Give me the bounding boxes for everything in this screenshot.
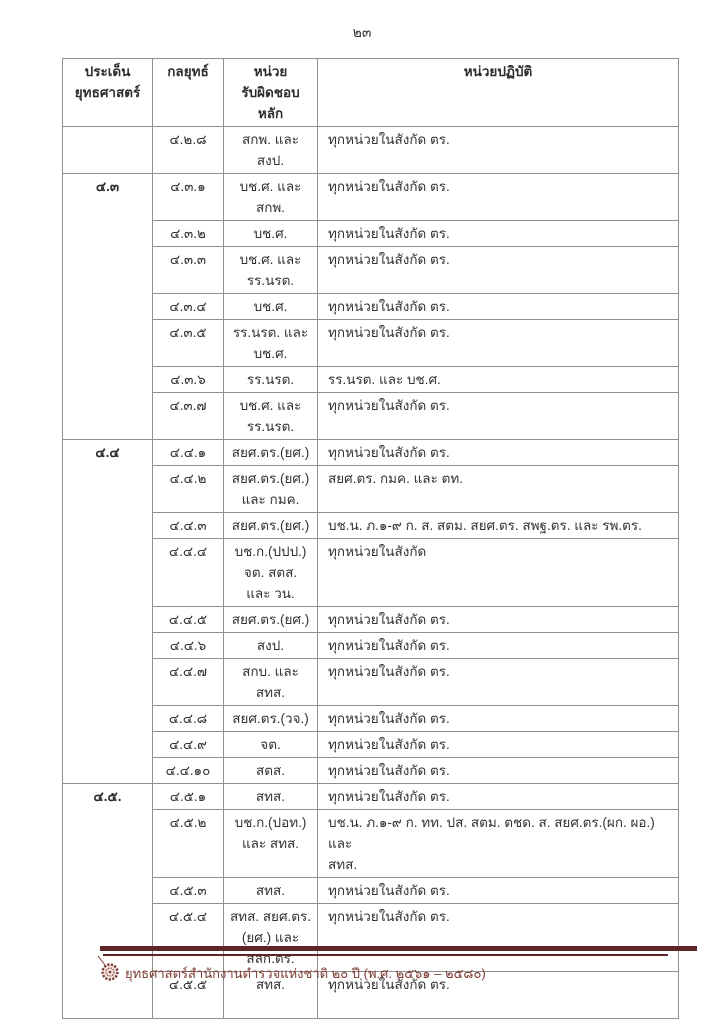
table-row: ๔.๓.๔บช.ศ.ทุกหน่วยในสังกัด ตร. [63, 294, 679, 320]
strategy-code-cell: ๔.๕.๒ [153, 810, 224, 878]
page-number: ๒๓ [0, 22, 724, 44]
footer-text: ยุทธศาสตร์สำนักงานตำรวจแห่งชาติ ๒๐ ปี (พ… [125, 963, 486, 984]
table-row: ๔.๔.๕สยศ.ตร.(ยศ.)ทุกหน่วยในสังกัด ตร. [63, 607, 679, 633]
strategy-code-cell: ๔.๔.๑๐ [153, 758, 224, 784]
strategy-code-cell: ๔.๓.๔ [153, 294, 224, 320]
table-header: ประเด็น ยุทธศาสตร์ กลยุทธ์ หน่วย รับผิดช… [63, 59, 679, 127]
table-row: ๔.๕.๔.๕.๑สทส.ทุกหน่วยในสังกัด ตร. [63, 784, 679, 810]
responsible-unit-cell: สทส. [224, 784, 318, 810]
strategy-code-cell: ๔.๔.๓ [153, 513, 224, 539]
operating-unit-cell: ทุกหน่วยในสังกัด ตร. [318, 294, 679, 320]
responsible-unit-cell: จต. [224, 732, 318, 758]
responsible-unit-cell: บช.ก.(ปปป.) จต. สตส. และ วน. [224, 539, 318, 607]
strategy-code-cell: ๔.๔.๖ [153, 633, 224, 659]
strategy-code-cell: ๔.๔.๙ [153, 732, 224, 758]
header-strategy: กลยุทธ์ [153, 59, 224, 127]
responsible-unit-cell: สทส. [224, 878, 318, 904]
operating-unit-cell: บช.น. ภ.๑-๙ ก. ส. สตม. สยศ.ตร. สพฐ.ตร. แ… [318, 513, 679, 539]
strategy-code-cell: ๔.๔.๕ [153, 607, 224, 633]
strategy-code-cell: ๔.๓.๒ [153, 221, 224, 247]
operating-unit-cell: ทุกหน่วยในสังกัด ตร. [318, 440, 679, 466]
footer-rule-thick [100, 946, 697, 951]
footer-rule-thin [103, 954, 668, 956]
operating-unit-cell: ทุกหน่วยในสังกัด ตร. [318, 320, 679, 367]
table-row: ๔.๓.๗บช.ศ. และ รร.นรต.ทุกหน่วยในสังกัด ต… [63, 393, 679, 440]
operating-unit-cell: บช.น. ภ.๑-๙ ก. ทท. ปส. สตม. ตชด. ส. สยศ.… [318, 810, 679, 878]
table-body: ๔.๒.๘สกพ. และ สงป.ทุกหน่วยในสังกัด ตร.๔.… [63, 127, 679, 1019]
operating-unit-cell: ทุกหน่วยในสังกัด ตร. [318, 732, 679, 758]
table-row: ๔.๒.๘สกพ. และ สงป.ทุกหน่วยในสังกัด ตร. [63, 127, 679, 174]
operating-unit-cell: ทุกหน่วยในสังกัด [318, 539, 679, 607]
responsible-unit-cell: สกพ. และ สงป. [224, 127, 318, 174]
header-operating-unit: หน่วยปฏิบัติ [318, 59, 679, 127]
section-label-cell: ๔.๔ [63, 440, 153, 784]
responsible-unit-cell: บช.ศ. และ รร.นรต. [224, 247, 318, 294]
table-row: ๔.๔.๗สกบ. และ สทส.ทุกหน่วยในสังกัด ตร. [63, 659, 679, 706]
table-row: ๔.๔.๙จต.ทุกหน่วยในสังกัด ตร. [63, 732, 679, 758]
table-row: ๔.๔.๔บช.ก.(ปปป.) จต. สตส. และ วน.ทุกหน่ว… [63, 539, 679, 607]
table-row: ๔.๕.๔สทส. สยศ.ตร. (ยศ.) และ สลก.ตร.ทุกหน… [63, 904, 679, 972]
strategy-code-cell: ๔.๓.๑ [153, 174, 224, 221]
responsible-unit-cell: สยศ.ตร.(วจ.) [224, 706, 318, 732]
strategy-code-cell: ๔.๔.๔ [153, 539, 224, 607]
operating-unit-cell: ทุกหน่วยในสังกัด ตร. [318, 127, 679, 174]
operating-unit-cell: ทุกหน่วยในสังกัด ตร. [318, 659, 679, 706]
strategy-table: ประเด็น ยุทธศาสตร์ กลยุทธ์ หน่วย รับผิดช… [62, 58, 679, 1019]
operating-unit-cell: ทุกหน่วยในสังกัด ตร. [318, 633, 679, 659]
section-label-cell [63, 127, 153, 174]
strategy-code-cell: ๔.๓.๓ [153, 247, 224, 294]
header-responsible-unit: หน่วย รับผิดชอบหลัก [224, 59, 318, 127]
table-row: ๔.๓.๖รร.นรต.รร.นรต. และ บช.ศ. [63, 367, 679, 393]
table-row: ๔.๓.๕รร.นรต. และ บช.ศ.ทุกหน่วยในสังกัด ต… [63, 320, 679, 367]
responsible-unit-cell: รร.นรต. [224, 367, 318, 393]
table-row: ๔.๔.๘สยศ.ตร.(วจ.)ทุกหน่วยในสังกัด ตร. [63, 706, 679, 732]
responsible-unit-cell: สยศ.ตร.(ยศ.) [224, 440, 318, 466]
responsible-unit-cell: สยศ.ตร.(ยศ.) [224, 513, 318, 539]
operating-unit-cell: ทุกหน่วยในสังกัด ตร. [318, 221, 679, 247]
table-row: ๔.๔.๒สยศ.ตร.(ยศ.) และ กมค.สยศ.ตร. กมค. แ… [63, 466, 679, 513]
responsible-unit-cell: รร.นรต. และ บช.ศ. [224, 320, 318, 367]
strategy-code-cell: ๔.๕.๔ [153, 904, 224, 972]
strategy-code-cell: ๔.๓.๗ [153, 393, 224, 440]
strategy-code-cell: ๔.๔.๗ [153, 659, 224, 706]
table-row: ๔.๔.๓สยศ.ตร.(ยศ.)บช.น. ภ.๑-๙ ก. ส. สตม. … [63, 513, 679, 539]
operating-unit-cell: รร.นรต. และ บช.ศ. [318, 367, 679, 393]
strategy-code-cell: ๔.๕.๓ [153, 878, 224, 904]
section-label-cell: ๔.๓ [63, 174, 153, 440]
document-page: ๒๓ ประเด็น ยุทธศาสตร์ กลยุทธ์ หน่วย รับผ… [0, 0, 724, 1024]
strategy-code-cell: ๔.๔.๘ [153, 706, 224, 732]
header-row: ประเด็น ยุทธศาสตร์ กลยุทธ์ หน่วย รับผิดช… [63, 59, 679, 127]
operating-unit-cell: ทุกหน่วยในสังกัด ตร. [318, 607, 679, 633]
operating-unit-cell: ทุกหน่วยในสังกัด ตร. [318, 247, 679, 294]
operating-unit-cell: ทุกหน่วยในสังกัด ตร. [318, 904, 679, 972]
table-row: ๔.๔๔.๔.๑สยศ.ตร.(ยศ.)ทุกหน่วยในสังกัด ตร. [63, 440, 679, 466]
operating-unit-cell: ทุกหน่วยในสังกัด ตร. [318, 878, 679, 904]
operating-unit-cell: ทุกหน่วยในสังกัด ตร. [318, 174, 679, 221]
responsible-unit-cell: บช.ก.(ปอท.) และ สทส. [224, 810, 318, 878]
responsible-unit-cell: บช.ศ. [224, 221, 318, 247]
strategy-code-cell: ๔.๓.๕ [153, 320, 224, 367]
table-row: ๔.๓.๓บช.ศ. และ รร.นรต.ทุกหน่วยในสังกัด ต… [63, 247, 679, 294]
header-strategic-issue: ประเด็น ยุทธศาสตร์ [63, 59, 153, 127]
operating-unit-cell: ทุกหน่วยในสังกัด ตร. [318, 784, 679, 810]
yarn-seal-icon [95, 955, 123, 983]
responsible-unit-cell: สงป. [224, 633, 318, 659]
operating-unit-cell: ทุกหน่วยในสังกัด ตร. [318, 393, 679, 440]
responsible-unit-cell: บช.ศ. และ สกพ. [224, 174, 318, 221]
strategy-code-cell: ๔.๔.๑ [153, 440, 224, 466]
responsible-unit-cell: สยศ.ตร.(ยศ.) [224, 607, 318, 633]
strategy-code-cell: ๔.๒.๘ [153, 127, 224, 174]
table-row: ๔.๔.๖สงป.ทุกหน่วยในสังกัด ตร. [63, 633, 679, 659]
operating-unit-cell: ทุกหน่วยในสังกัด ตร. [318, 758, 679, 784]
responsible-unit-cell: สทส. สยศ.ตร. (ยศ.) และ สลก.ตร. [224, 904, 318, 972]
responsible-unit-cell: สกบ. และ สทส. [224, 659, 318, 706]
responsible-unit-cell: บช.ศ. และ รร.นรต. [224, 393, 318, 440]
operating-unit-cell: ทุกหน่วยในสังกัด ตร. [318, 706, 679, 732]
responsible-unit-cell: สยศ.ตร.(ยศ.) และ กมค. [224, 466, 318, 513]
strategy-code-cell: ๔.๓.๖ [153, 367, 224, 393]
table-row: ๔.๕.๓สทส.ทุกหน่วยในสังกัด ตร. [63, 878, 679, 904]
strategy-code-cell: ๔.๔.๒ [153, 466, 224, 513]
table-row: ๔.๕.๒บช.ก.(ปอท.) และ สทส.บช.น. ภ.๑-๙ ก. … [63, 810, 679, 878]
responsible-unit-cell: บช.ศ. [224, 294, 318, 320]
strategy-code-cell: ๔.๕.๑ [153, 784, 224, 810]
responsible-unit-cell: สตส. [224, 758, 318, 784]
table-row: ๔.๓.๒บช.ศ.ทุกหน่วยในสังกัด ตร. [63, 221, 679, 247]
table-row: ๔.๓๔.๓.๑บช.ศ. และ สกพ.ทุกหน่วยในสังกัด ต… [63, 174, 679, 221]
operating-unit-cell: สยศ.ตร. กมค. และ ตท. [318, 466, 679, 513]
table-row: ๔.๔.๑๐สตส.ทุกหน่วยในสังกัด ตร. [63, 758, 679, 784]
